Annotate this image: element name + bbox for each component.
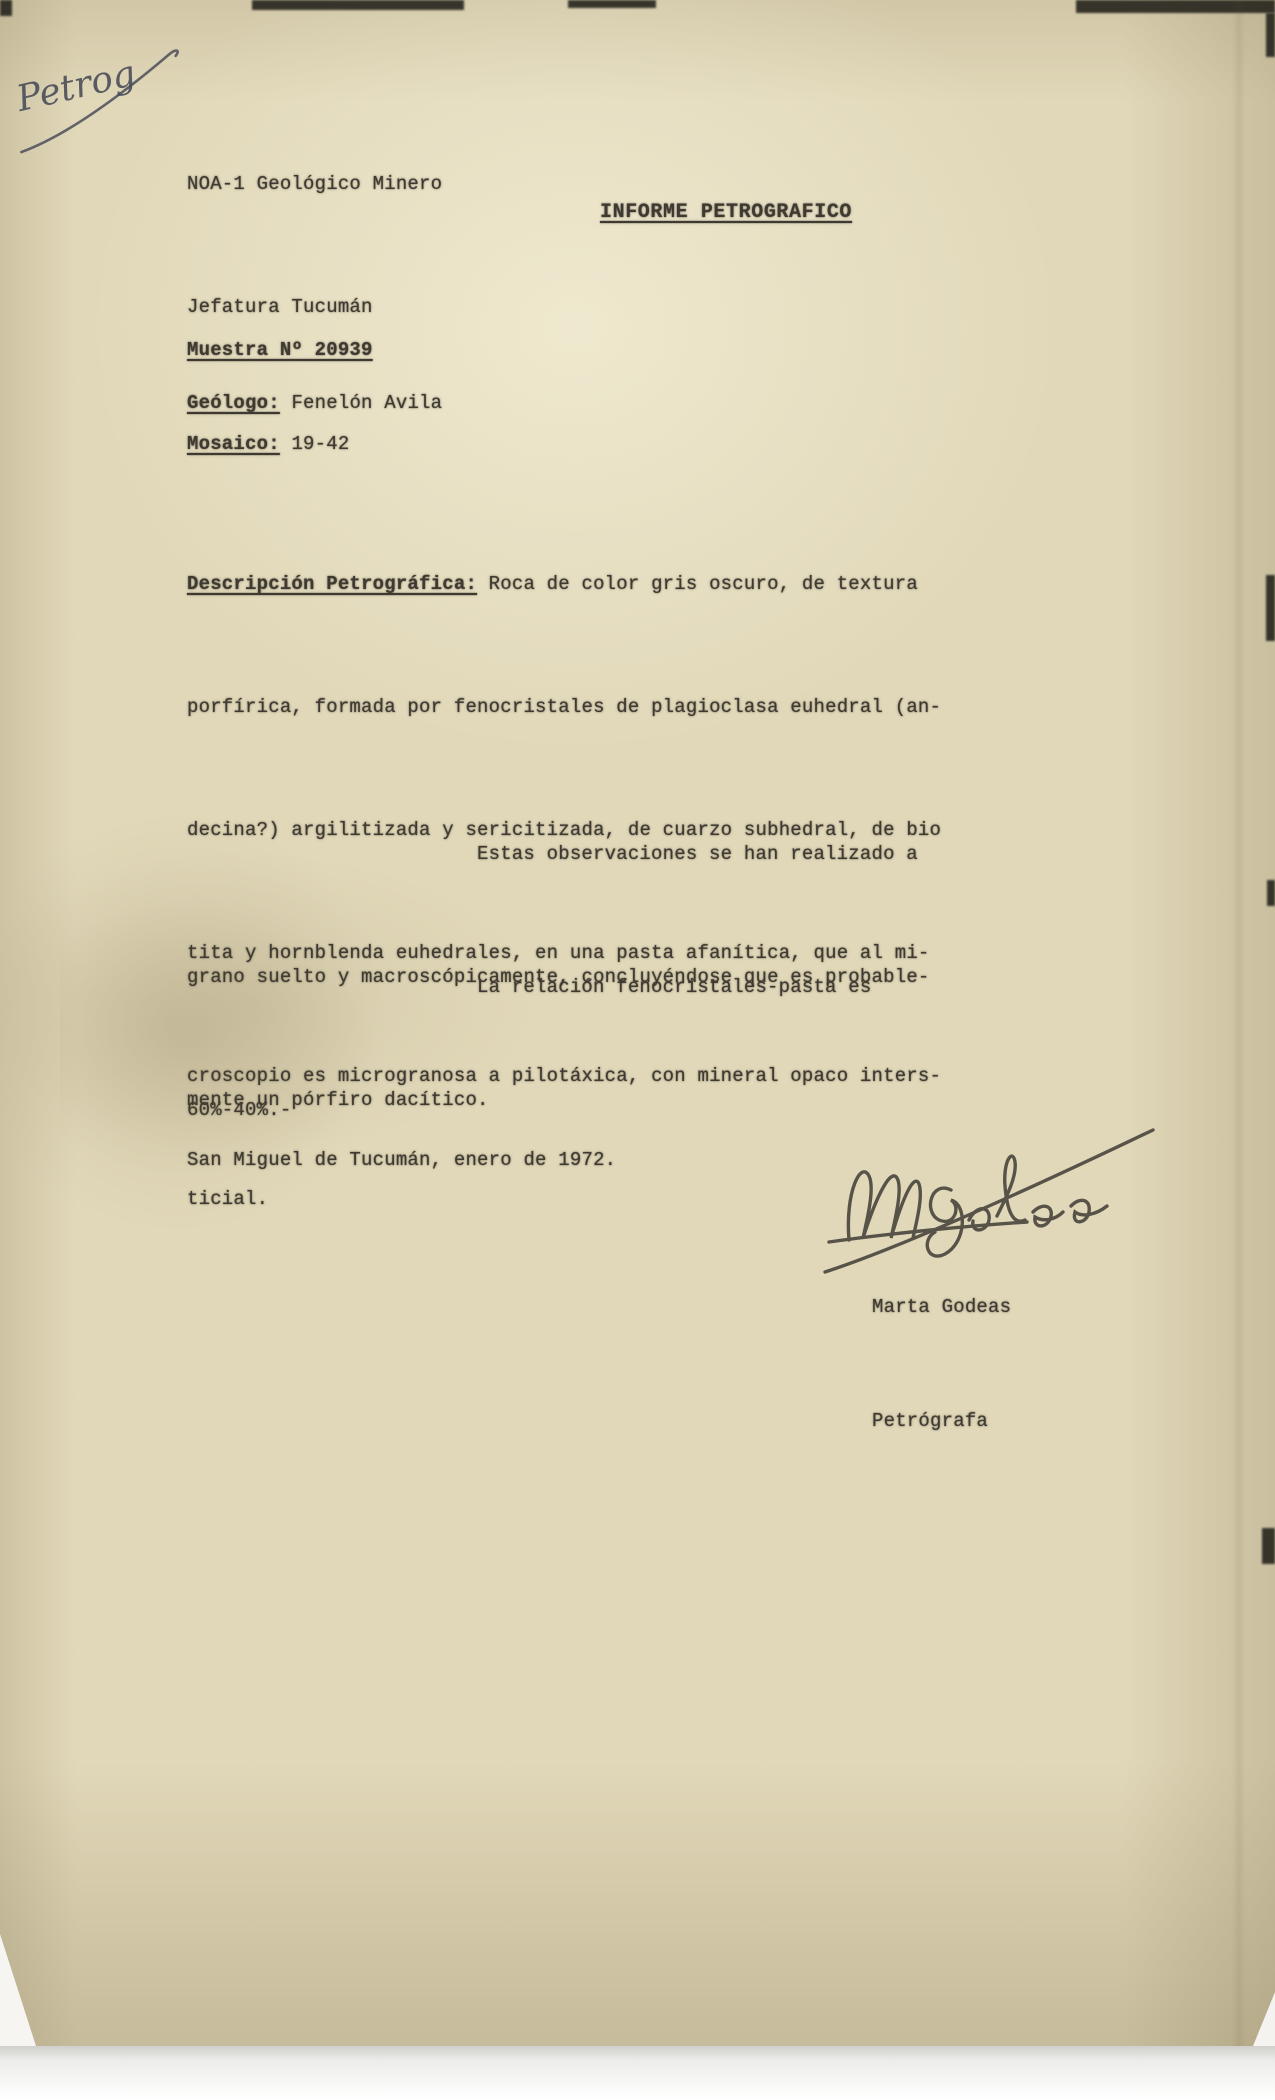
- mosaic-value: 19-42: [291, 433, 349, 455]
- letterhead-office: Jefatura Tucumán: [187, 287, 442, 328]
- signature-letter-e: [1033, 1206, 1063, 1226]
- ratio-line-1: La relación fenocristales-pasta es: [187, 967, 871, 1008]
- scan-edge-mark: [1267, 880, 1275, 906]
- observations-line-1: Estas observaciones se han realizado a: [187, 834, 930, 875]
- scanned-document: { "note": { "text": "Petrog" }, "header"…: [0, 0, 1275, 2100]
- signature-flourish-stroke: [825, 1130, 1153, 1272]
- scan-edge-mark: [1266, 13, 1275, 57]
- scan-edge-mark: [568, 0, 656, 8]
- signature-drawing: [815, 1120, 1165, 1290]
- handwritten-signature: [815, 1120, 1165, 1295]
- geologist-value: Fenelón Avila: [291, 392, 442, 414]
- signer-role: Petrógrafa: [872, 1402, 1011, 1440]
- ratio-line-2: 60%-40%.-: [187, 1090, 871, 1131]
- scan-edge-mark: [1266, 575, 1275, 641]
- letterhead-org: NOA-1 Geológico Minero: [187, 164, 442, 205]
- description-line-2: porfírica, formada por fenocristales de …: [187, 687, 941, 728]
- geologist-spacer: [280, 392, 292, 414]
- mosaic-line: Mosaico: 19-42: [187, 424, 349, 465]
- scanner-background: [0, 2046, 1275, 2100]
- mosaic-label: Mosaico:: [187, 433, 280, 455]
- signature-initial-g: [927, 1188, 962, 1256]
- report-title: INFORME PETROGRAFICO: [600, 192, 852, 233]
- sample-number: Muestra Nº 20939: [187, 330, 373, 371]
- signature-letter-a: [1071, 1200, 1107, 1221]
- document-page: Petrog NOA-1 Geológico Minero Jefatura T…: [0, 0, 1275, 2046]
- description-line-1-rest: Roca de color gris oscuro, de textura: [477, 573, 918, 595]
- dateline: San Miguel de Tucumán, enero de 1972.: [187, 1140, 616, 1181]
- mosaic-spacer: [280, 433, 292, 455]
- typewritten-layer: NOA-1 Geológico Minero Jefatura Tucumán …: [0, 0, 1275, 2046]
- geologist-label: Geólogo:: [187, 392, 280, 414]
- description-line-1: Descripción Petrográfica: Roca de color …: [187, 564, 941, 605]
- signature-letter-d: [997, 1156, 1025, 1221]
- signature-initial-m: [848, 1172, 920, 1240]
- paper-crease: [1232, 0, 1246, 2046]
- scan-edge-mark: [1262, 1528, 1275, 1564]
- scan-edge-mark: [252, 0, 464, 10]
- description-label: Descripción Petrográfica:: [187, 573, 477, 595]
- geologist-line: Geólogo: Fenelón Avila: [187, 383, 442, 424]
- scan-edge-mark: [0, 0, 12, 16]
